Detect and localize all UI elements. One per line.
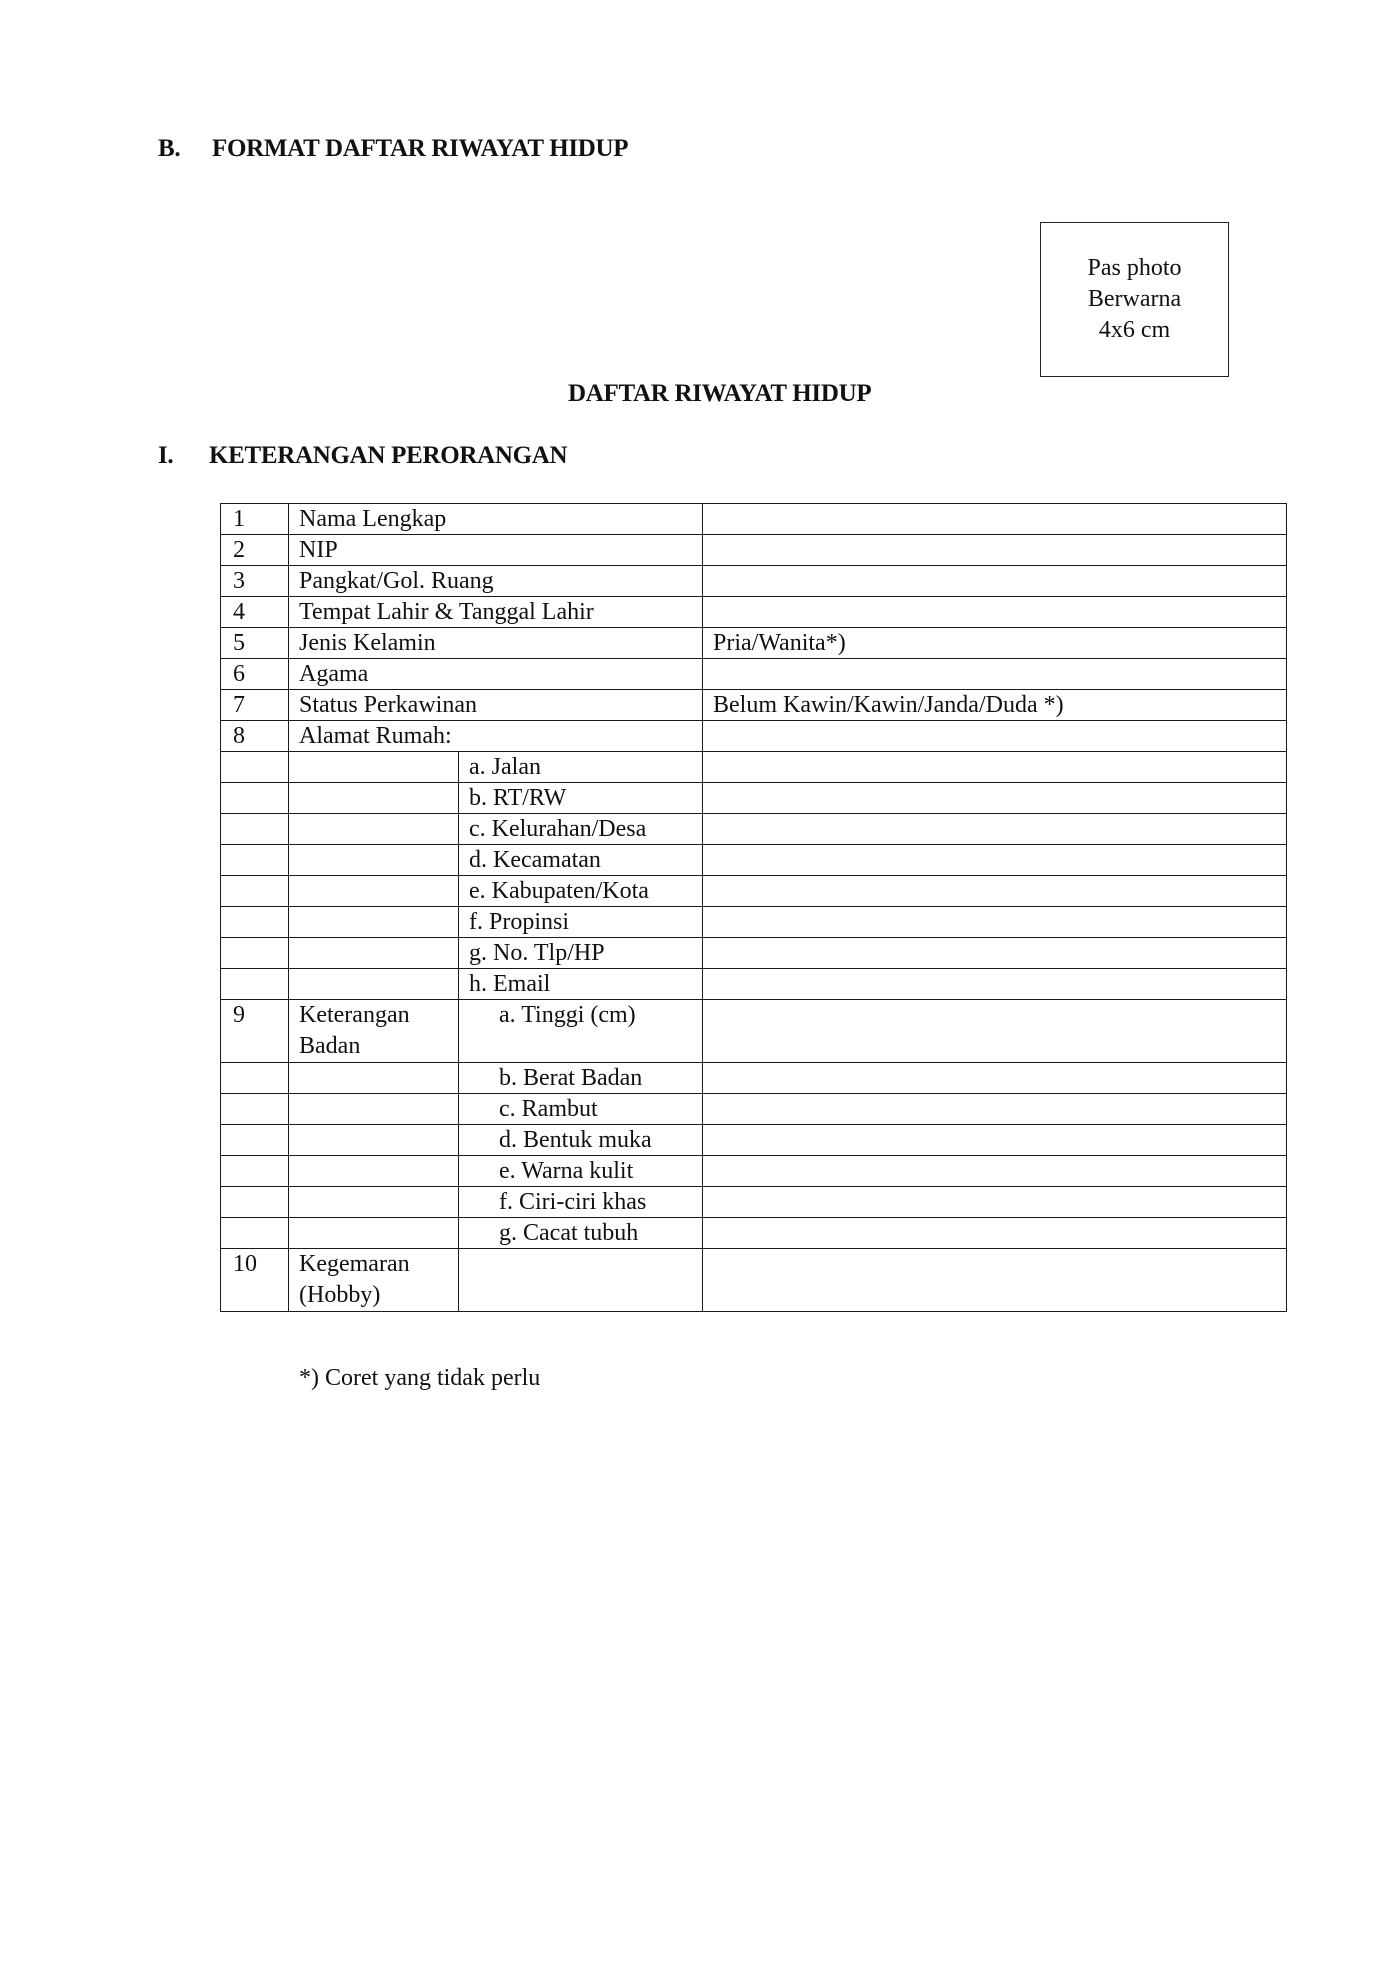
empty-cell bbox=[221, 1156, 289, 1187]
address-value-field[interactable] bbox=[703, 845, 1287, 876]
empty-cell bbox=[221, 845, 289, 876]
body-subitem-label: c. Rambut bbox=[459, 1094, 703, 1125]
empty-cell bbox=[289, 814, 459, 845]
section-b-title: FORMAT DAFTAR RIWAYAT HIDUP bbox=[212, 135, 628, 163]
row-value-field[interactable] bbox=[703, 659, 1287, 690]
table-row: 9 Keterangan Badan a. Tinggi (cm) bbox=[221, 1000, 1287, 1063]
empty-cell bbox=[221, 907, 289, 938]
photo-box-line1: Pas photo bbox=[1087, 253, 1181, 284]
empty-cell bbox=[221, 1125, 289, 1156]
empty-cell bbox=[221, 1094, 289, 1125]
address-subitem-label: b. RT/RW bbox=[459, 783, 703, 814]
row-label: Jenis Kelamin bbox=[289, 628, 703, 659]
row-value-field[interactable] bbox=[703, 566, 1287, 597]
row-value-field[interactable]: Pria/Wanita*) bbox=[703, 628, 1287, 659]
body-subitem-label: e. Warna kulit bbox=[459, 1156, 703, 1187]
table-row: d. Kecamatan bbox=[221, 845, 1287, 876]
body-value-field[interactable] bbox=[703, 1156, 1287, 1187]
table-row: b. RT/RW bbox=[221, 783, 1287, 814]
body-subitem-label: b. Berat Badan bbox=[459, 1063, 703, 1094]
empty-cell bbox=[221, 969, 289, 1000]
table-row: b. Berat Badan bbox=[221, 1063, 1287, 1094]
empty-cell bbox=[221, 814, 289, 845]
table-row: 7 Status Perkawinan Belum Kawin/Kawin/Ja… bbox=[221, 690, 1287, 721]
body-subitem-label: d. Bentuk muka bbox=[459, 1125, 703, 1156]
table-row: f. Propinsi bbox=[221, 907, 1287, 938]
section-i-numeral: I. bbox=[158, 442, 173, 470]
address-value-field[interactable] bbox=[703, 783, 1287, 814]
table-row: c. Kelurahan/Desa bbox=[221, 814, 1287, 845]
table-row: f. Ciri-ciri khas bbox=[221, 1187, 1287, 1218]
table-row: 3 Pangkat/Gol. Ruang bbox=[221, 566, 1287, 597]
empty-cell bbox=[289, 1218, 459, 1249]
address-value-field[interactable] bbox=[703, 969, 1287, 1000]
address-subitem-label: e. Kabupaten/Kota bbox=[459, 876, 703, 907]
empty-cell bbox=[289, 1094, 459, 1125]
row-number: 6 bbox=[221, 659, 289, 690]
table-row: 8 Alamat Rumah: bbox=[221, 721, 1287, 752]
table-row: e. Warna kulit bbox=[221, 1156, 1287, 1187]
empty-cell bbox=[221, 1187, 289, 1218]
row-value-field[interactable] bbox=[703, 504, 1287, 535]
hobby-value-field[interactable] bbox=[703, 1249, 1287, 1312]
hobby-detail-field[interactable] bbox=[459, 1249, 703, 1312]
address-subitem-label: a. Jalan bbox=[459, 752, 703, 783]
empty-cell bbox=[289, 752, 459, 783]
document-title: DAFTAR RIWAYAT HIDUP bbox=[568, 380, 871, 408]
empty-cell bbox=[289, 1125, 459, 1156]
row-number: 8 bbox=[221, 721, 289, 752]
table-row: e. Kabupaten/Kota bbox=[221, 876, 1287, 907]
empty-cell bbox=[289, 1063, 459, 1094]
body-subitem-label: g. Cacat tubuh bbox=[459, 1218, 703, 1249]
address-value-field[interactable] bbox=[703, 907, 1287, 938]
body-value-field[interactable] bbox=[703, 1218, 1287, 1249]
address-value-field[interactable] bbox=[703, 814, 1287, 845]
empty-cell bbox=[289, 845, 459, 876]
empty-cell bbox=[289, 876, 459, 907]
empty-cell bbox=[221, 876, 289, 907]
photo-box-line2: Berwarna bbox=[1088, 284, 1181, 315]
empty-cell bbox=[289, 907, 459, 938]
address-subitem-label: c. Kelurahan/Desa bbox=[459, 814, 703, 845]
row-number: 2 bbox=[221, 535, 289, 566]
row-value-field[interactable]: Belum Kawin/Kawin/Janda/Duda *) bbox=[703, 690, 1287, 721]
row-value-field[interactable] bbox=[703, 535, 1287, 566]
table-row: c. Rambut bbox=[221, 1094, 1287, 1125]
row-label: Status Perkawinan bbox=[289, 690, 703, 721]
empty-cell bbox=[289, 1187, 459, 1218]
empty-cell bbox=[221, 1218, 289, 1249]
empty-cell bbox=[221, 938, 289, 969]
personal-info-table: 1 Nama Lengkap 2 NIP 3 Pangkat/Gol. Ruan… bbox=[220, 503, 1287, 1312]
table-row: g. No. Tlp/HP bbox=[221, 938, 1287, 969]
row-label: Pangkat/Gol. Ruang bbox=[289, 566, 703, 597]
row-label: Agama bbox=[289, 659, 703, 690]
photo-box-line3: 4x6 cm bbox=[1099, 315, 1170, 346]
row-number: 1 bbox=[221, 504, 289, 535]
empty-cell bbox=[289, 969, 459, 1000]
empty-cell bbox=[289, 1156, 459, 1187]
body-value-field[interactable] bbox=[703, 1063, 1287, 1094]
table-row: d. Bentuk muka bbox=[221, 1125, 1287, 1156]
table-row: 10 Kegemaran (Hobby) bbox=[221, 1249, 1287, 1312]
body-subitem-label: a. Tinggi (cm) bbox=[459, 1000, 703, 1063]
row-value-field[interactable] bbox=[703, 721, 1287, 752]
body-value-field[interactable] bbox=[703, 1187, 1287, 1218]
body-value-field[interactable] bbox=[703, 1125, 1287, 1156]
table-row: 1 Nama Lengkap bbox=[221, 504, 1287, 535]
row-number: 9 bbox=[221, 1000, 289, 1063]
row-number: 3 bbox=[221, 566, 289, 597]
footnote: *) Coret yang tidak perlu bbox=[299, 1365, 540, 1392]
empty-cell bbox=[289, 938, 459, 969]
section-b-letter: B. bbox=[158, 135, 180, 163]
body-subitem-label: f. Ciri-ciri khas bbox=[459, 1187, 703, 1218]
empty-cell bbox=[289, 783, 459, 814]
row-number: 4 bbox=[221, 597, 289, 628]
row-label: Alamat Rumah: bbox=[289, 721, 703, 752]
address-subitem-label: g. No. Tlp/HP bbox=[459, 938, 703, 969]
address-value-field[interactable] bbox=[703, 938, 1287, 969]
row-number: 7 bbox=[221, 690, 289, 721]
row-label: Tempat Lahir & Tanggal Lahir bbox=[289, 597, 703, 628]
table-row: a. Jalan bbox=[221, 752, 1287, 783]
row-label: Nama Lengkap bbox=[289, 504, 703, 535]
row-label: NIP bbox=[289, 535, 703, 566]
address-value-field[interactable] bbox=[703, 752, 1287, 783]
table-row: h. Email bbox=[221, 969, 1287, 1000]
address-value-field[interactable] bbox=[703, 876, 1287, 907]
table-row: g. Cacat tubuh bbox=[221, 1218, 1287, 1249]
row-label: Kegemaran (Hobby) bbox=[289, 1249, 459, 1312]
photo-placeholder-box: Pas photo Berwarna 4x6 cm bbox=[1040, 222, 1229, 377]
table-row: 6 Agama bbox=[221, 659, 1287, 690]
row-value-field[interactable] bbox=[703, 597, 1287, 628]
table-row: 2 NIP bbox=[221, 535, 1287, 566]
address-subitem-label: d. Kecamatan bbox=[459, 845, 703, 876]
body-value-field[interactable] bbox=[703, 1094, 1287, 1125]
row-label: Keterangan Badan bbox=[289, 1000, 459, 1063]
empty-cell bbox=[221, 752, 289, 783]
section-i-title: KETERANGAN PERORANGAN bbox=[209, 442, 567, 470]
empty-cell bbox=[221, 783, 289, 814]
address-subitem-label: f. Propinsi bbox=[459, 907, 703, 938]
row-number: 10 bbox=[221, 1249, 289, 1312]
table-row: 5 Jenis Kelamin Pria/Wanita*) bbox=[221, 628, 1287, 659]
body-value-field[interactable] bbox=[703, 1000, 1287, 1063]
table-row: 4 Tempat Lahir & Tanggal Lahir bbox=[221, 597, 1287, 628]
address-subitem-label: h. Email bbox=[459, 969, 703, 1000]
row-number: 5 bbox=[221, 628, 289, 659]
empty-cell bbox=[221, 1063, 289, 1094]
